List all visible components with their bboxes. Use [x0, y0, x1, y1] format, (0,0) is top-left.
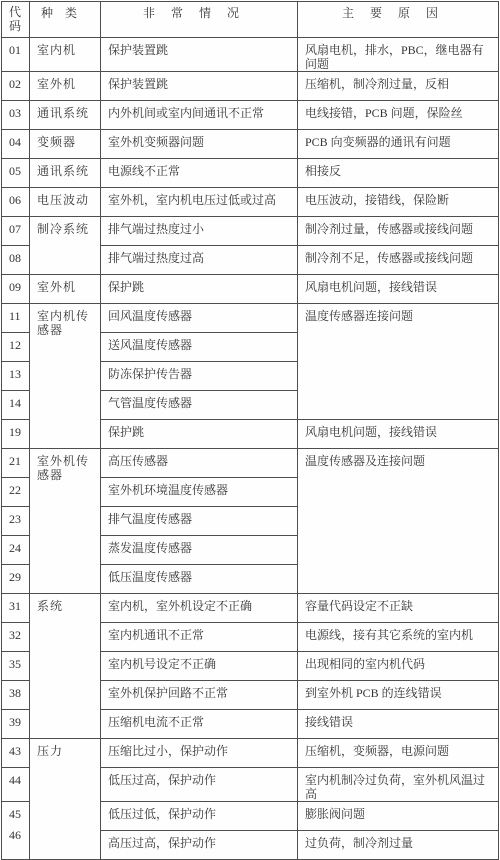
- situation-cell: 室外机，室内机电压过低或过高: [101, 188, 298, 217]
- situation-cell: 压缩机电流不正常: [101, 710, 298, 739]
- situation-cell: 室外机变频器问题: [101, 130, 298, 159]
- code-cell: 06: [2, 188, 30, 217]
- cause-cell: 到室外机 PCB 的连线错误: [298, 681, 499, 710]
- situation-cell: 低压过低，保护动作: [101, 802, 298, 831]
- cause-cell: 出现相同的室内机代码: [298, 652, 499, 681]
- type-cell: 制冷系统: [30, 217, 101, 275]
- code-cell: 13: [2, 362, 30, 391]
- code-cell: 38: [2, 681, 30, 710]
- code-cell: 03: [2, 101, 30, 130]
- cause-cell: 风扇电机问题，接线错误: [298, 420, 499, 449]
- table-header: 代码 种类 非常情况 主要原因: [2, 2, 499, 38]
- situation-cell: 电源线不正常: [101, 159, 298, 188]
- table-row: 31系统室内机，室外机设定不正确容量代码设定不正缺: [2, 594, 499, 623]
- situation-cell: 保护跳: [101, 275, 298, 304]
- situation-cell: 排气温度传感器: [101, 507, 298, 536]
- code-cell: 43: [2, 739, 30, 768]
- cause-cell: 制冷剂不足，传感器或接线问题: [298, 246, 499, 275]
- header-code: 代码: [2, 2, 30, 38]
- type-cell: 电压波动: [30, 188, 101, 217]
- cause-cell: 膨胀阀问题: [298, 802, 499, 831]
- code-cell: 01: [2, 38, 30, 72]
- type-cell: 系统: [30, 594, 101, 739]
- table-body: 01室内机保护装置跳风扇电机，排水，PBC，继电器有问题02室外机保护装置跳压缩…: [2, 38, 499, 860]
- code-cell: 32: [2, 623, 30, 652]
- code-cell: 12: [2, 333, 30, 362]
- type-cell: 变频器: [30, 130, 101, 159]
- code-cell: 14: [2, 391, 30, 420]
- cause-cell: 风扇电机，排水，PBC，继电器有问题: [298, 38, 499, 72]
- situation-cell: 保护跳: [101, 420, 298, 449]
- code-cell: 07: [2, 217, 30, 246]
- table-row: 01室内机保护装置跳风扇电机，排水，PBC，继电器有问题: [2, 38, 499, 72]
- cause-cell: 容量代码设定不正缺: [298, 594, 499, 623]
- code-cell: 09: [2, 275, 30, 304]
- table-row: 11室内机传感器回风温度传感器温度传感器连接问题: [2, 304, 499, 333]
- cause-cell: 电线接错，PCB 问题，保险丝: [298, 101, 499, 130]
- code-cell: 23: [2, 507, 30, 536]
- type-cell: 室外机: [30, 275, 101, 304]
- cause-cell: 压缩机，制冷剂过量，反相: [298, 72, 499, 101]
- code-cell: 11: [2, 304, 30, 333]
- type-cell: 通讯系统: [30, 159, 101, 188]
- code-cell: 21: [2, 449, 30, 478]
- situation-cell: 排气端过热度过高: [101, 246, 298, 275]
- situation-cell: 室内机，室外机设定不正确: [101, 594, 298, 623]
- table-row: 03通讯系统内外机间或室内间通讯不正常电线接错，PCB 问题，保险丝: [2, 101, 499, 130]
- cause-cell: 制冷剂过量，传感器或接线问题: [298, 217, 499, 246]
- code-cell: 29: [2, 565, 30, 594]
- type-cell: 室外机传感器: [30, 449, 101, 594]
- situation-cell: 高压过高，保护动作: [101, 831, 298, 860]
- situation-cell: 气管温度传感器: [101, 391, 298, 420]
- situation-cell: 低压温度传感器: [101, 565, 298, 594]
- situation-cell: 内外机间或室内间通讯不正常: [101, 101, 298, 130]
- situation-cell: 保护装置跳: [101, 38, 298, 72]
- cause-cell: 风扇电机问题，接线错误: [298, 275, 499, 304]
- table-row: 06电压波动室外机，室内机电压过低或过高电压波动，接错线，保险断: [2, 188, 499, 217]
- type-cell: 室内机传感器: [30, 304, 101, 449]
- type-cell: 通讯系统: [30, 101, 101, 130]
- cause-cell: PCB 向变频器的通讯有问题: [298, 130, 499, 159]
- table-row: 43压力压缩比过小，保护动作压缩机，变频器，电源问题: [2, 739, 499, 768]
- situation-cell: 保护装置跳: [101, 72, 298, 101]
- table-row: 02室外机保护装置跳压缩机，制冷剂过量，反相: [2, 72, 499, 101]
- table-row: 21室外机传感器高压传感器温度传感器及连接问题: [2, 449, 499, 478]
- header-situation: 非常情况: [101, 2, 298, 38]
- code-cell: 45 46: [2, 802, 30, 860]
- situation-cell: 室内机号设定不正确: [101, 652, 298, 681]
- code-cell: 04: [2, 130, 30, 159]
- type-cell: 室外机: [30, 72, 101, 101]
- situation-cell: 防冻保护传告器: [101, 362, 298, 391]
- cause-cell: 接线错误: [298, 710, 499, 739]
- cause-cell: 温度传感器连接问题: [298, 304, 499, 420]
- situation-cell: 回风温度传感器: [101, 304, 298, 333]
- situation-cell: 低压过高，保护动作: [101, 768, 298, 802]
- situation-cell: 室外机环境温度传感器: [101, 478, 298, 507]
- table-row: 05通讯系统电源线不正常相接反: [2, 159, 499, 188]
- header-type: 种类: [30, 2, 101, 38]
- header-row: 代码 种类 非常情况 主要原因: [2, 2, 499, 38]
- cause-cell: 过负荷，制冷剂过量: [298, 831, 499, 860]
- cause-cell: 相接反: [298, 159, 499, 188]
- situation-cell: 室外机保护回路不正常: [101, 681, 298, 710]
- code-cell: 05: [2, 159, 30, 188]
- situation-cell: 室内机通讯不正常: [101, 623, 298, 652]
- table-row: 04变频器室外机变频器问题PCB 向变频器的通讯有问题: [2, 130, 499, 159]
- code-cell: 02: [2, 72, 30, 101]
- code-cell: 19: [2, 420, 30, 449]
- code-cell: 39: [2, 710, 30, 739]
- situation-cell: 排气端过热度过小: [101, 217, 298, 246]
- situation-cell: 高压传感器: [101, 449, 298, 478]
- code-cell: 24: [2, 536, 30, 565]
- situation-cell: 压缩比过小，保护动作: [101, 739, 298, 768]
- situation-cell: 蒸发温度传感器: [101, 536, 298, 565]
- code-cell: 08: [2, 246, 30, 275]
- cause-cell: 温度传感器及连接问题: [298, 449, 499, 594]
- fault-code-table: 代码 种类 非常情况 主要原因 01室内机保护装置跳风扇电机，排水，PBC，继电…: [1, 1, 499, 860]
- cause-cell: 室内机制冷过负荷，室外机风温过高: [298, 768, 499, 802]
- code-cell: 31: [2, 594, 30, 623]
- type-cell: 室内机: [30, 38, 101, 72]
- code-cell: 44: [2, 768, 30, 802]
- cause-cell: 电源线，接有其它系统的室内机: [298, 623, 499, 652]
- situation-cell: 送风温度传感器: [101, 333, 298, 362]
- table-row: 07制冷系统排气端过热度过小制冷剂过量，传感器或接线问题: [2, 217, 499, 246]
- header-cause: 主要原因: [298, 2, 499, 38]
- code-cell: 22: [2, 478, 30, 507]
- cause-cell: 电压波动，接错线，保险断: [298, 188, 499, 217]
- cause-cell: 压缩机，变频器，电源问题: [298, 739, 499, 768]
- type-cell: 压力: [30, 739, 101, 860]
- code-cell: 35: [2, 652, 30, 681]
- table-row: 09室外机保护跳风扇电机问题，接线错误: [2, 275, 499, 304]
